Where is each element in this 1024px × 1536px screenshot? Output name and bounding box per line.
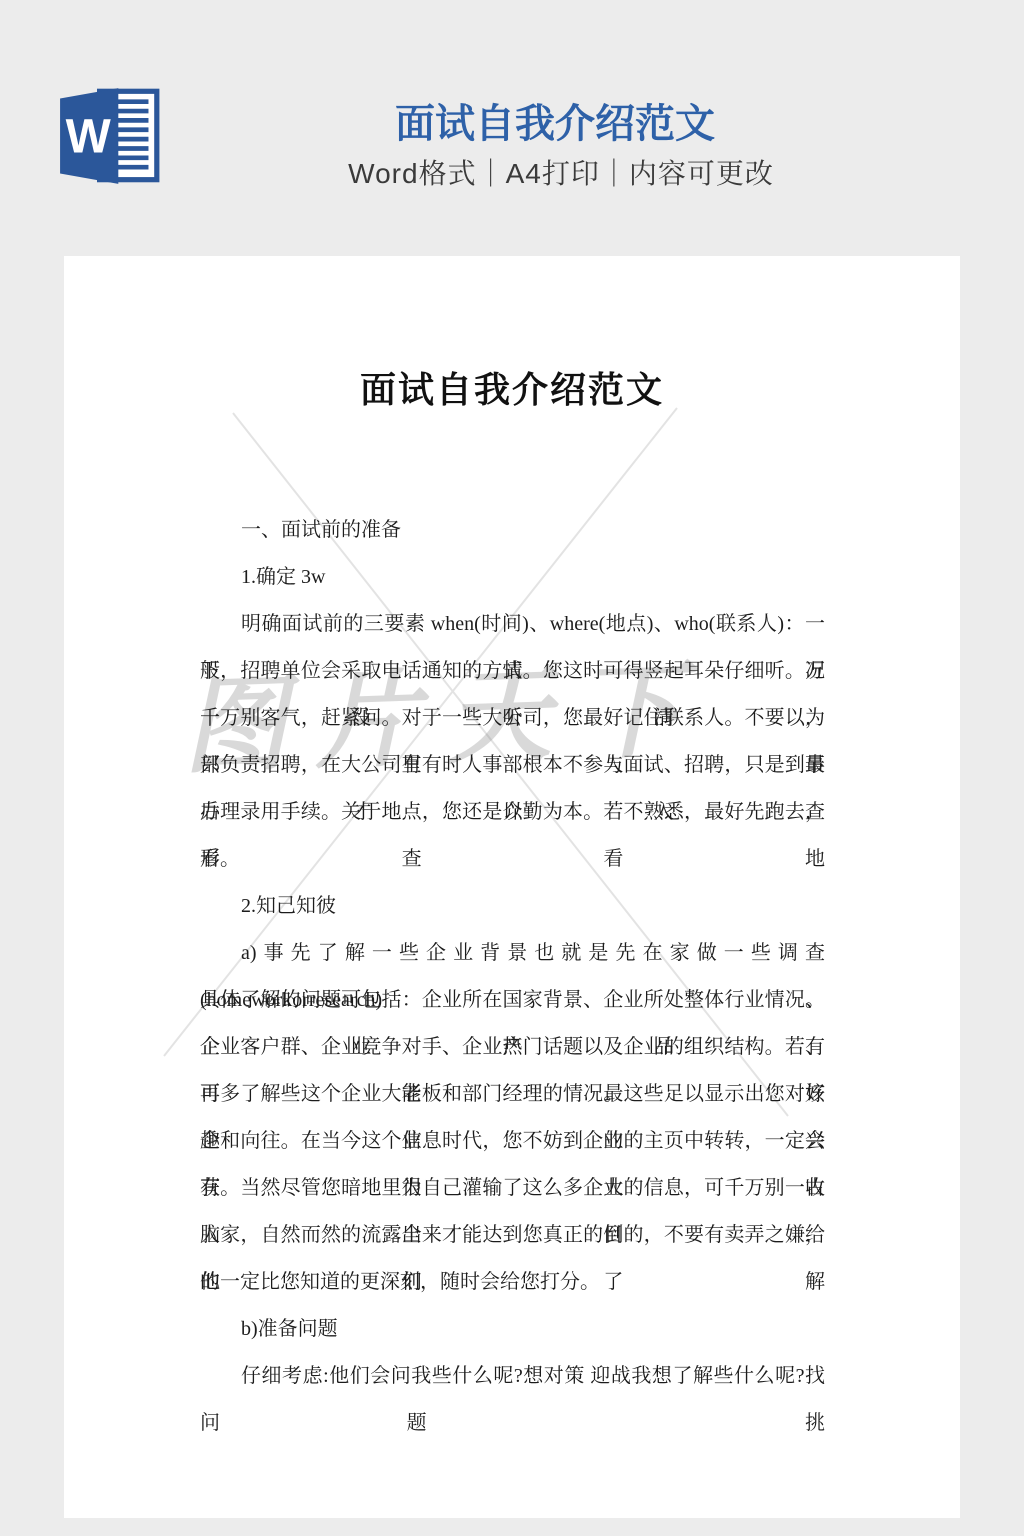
page-subtitle: Word格式｜A4打印｜内容可更改 (348, 152, 774, 192)
page-title: 面试自我介绍范文 (395, 92, 715, 149)
text-line: 获。当然尽管您暗地里为自己灌输了这么多企业的信息，可千万别一古脑全倒给 (200, 1165, 825, 1212)
svg-text:W: W (66, 111, 112, 164)
text-line: a)事先了解一些企业背景也就是先在家做一些调查(homeworkorresear… (200, 930, 825, 977)
document-title: 面试自我介绍范文 (64, 362, 960, 413)
text-line: 办理录用手续。关于地点，您还是以勤为本。若不熟悉，最好先跑去查看查看地 (200, 789, 825, 836)
text-line: 1.确定 3w (200, 554, 825, 601)
text-line: 趣和向往。在当今这个信息时代，您不妨到企业的主页中转转，一定会有很大收 (200, 1118, 825, 1165)
page-background: { "header": { "title": "面试自我介绍范文", "subt… (0, 0, 1024, 1536)
text-line: 仔细考虑:他们会问我些什么呢?想对策 迎战我想了解些什么呢?找问题 挑 (200, 1353, 825, 1400)
text-line: 千万别客气，赶紧问。对于一些大公司，您最好记住联系人。不要以为只有人事 (200, 695, 825, 742)
text-line: 明确面试前的三要素 when(时间)、where(地点)、who(联系人)：一般… (200, 601, 825, 648)
word-icon-graphic: W (58, 84, 162, 188)
header: W 面试自我介绍范文 Word格式｜A4打印｜内容可更改 (0, 0, 1024, 256)
text-line: 2.知己知彼 (200, 883, 825, 930)
text-line: 一、面试前的准备 (200, 507, 825, 554)
text-line: 人家，自然而然的流露出来才能达到您真正的目的，不要有卖弄之嫌，他们了解 (200, 1212, 825, 1259)
text-line: 部负责招聘，在大公司里有时人事部根本不参与面试、招聘，只是到最后才介入， (200, 742, 825, 789)
text-line: 具体了解的问题可包括：企业所在国家背景、企业所处整体行业情况、企业产品、 (200, 977, 825, 1024)
text-line: 下，招聘单位会采取电话通知的方式。您这时可得竖起耳朵仔细听。万一没听清， (200, 648, 825, 695)
text-line: b)准备问题 (200, 1306, 825, 1353)
document-page: 图片天下 面试自我介绍范文 一、面试前的准备1.确定 3w明确面试前的三要素 w… (64, 256, 960, 1518)
word-icon: W (58, 84, 162, 188)
text-line: 企业客户群、企业竞争对手、企业热门话题以及企业的组织结构。若有可能最好 (200, 1024, 825, 1071)
text-line: 再多了解些这个企业大老板和部门经理的情况。这些足以显示出您对该企业的兴 (200, 1071, 825, 1118)
document-body: 一、面试前的准备1.确定 3w明确面试前的三要素 when(时间)、where(… (200, 507, 825, 1400)
